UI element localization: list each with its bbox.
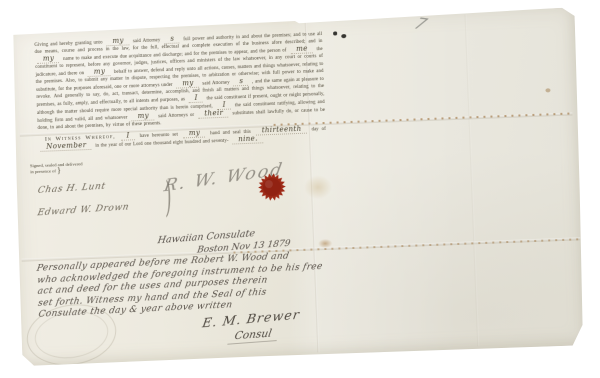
- witness-clause-segment: I: [120, 131, 135, 141]
- deed-text-segment: s: [164, 34, 179, 44]
- witness-clause-segment: November: [40, 141, 92, 152]
- witness-clause-segment: in the year of our Lord one thousand eig…: [95, 139, 229, 149]
- pencil-page-number: 7: [412, 14, 431, 33]
- witness-signature-1: Chas H. Lunt: [37, 181, 107, 195]
- left-page: Giving and hereby granting unto my said …: [34, 30, 326, 152]
- witness-clause-segment: my: [183, 129, 206, 139]
- witness-clause-segment: thirteenth: [256, 125, 307, 136]
- stain: [545, 88, 550, 92]
- wax-seal-graphic: [256, 171, 287, 202]
- deed-text-segment: said Attorney: [133, 38, 161, 44]
- document-paper: 7 Giving and hereby granting unto my sai…: [10, 7, 588, 366]
- stain: [304, 175, 333, 200]
- deed-text-segment: said Attorney: [202, 81, 229, 87]
- witness-clause-segment: have hereunto set: [140, 133, 179, 139]
- deed-text-segment: my: [176, 79, 199, 89]
- consul-title: Consul: [227, 327, 278, 345]
- deed-text-segment: my: [37, 54, 60, 64]
- deed-text-segment: I: [189, 94, 204, 104]
- witness-signature-2: Edward W. Drown: [37, 202, 130, 218]
- photo-scene: 7 Giving and hereby granting unto my sai…: [0, 0, 600, 378]
- attestation-brace: }: [57, 166, 61, 175]
- attestation-note: Signed, sealed and delivered in presence…: [30, 160, 126, 175]
- deed-text-segment: s: [233, 77, 248, 87]
- witness-clause-segment: nine.: [232, 134, 263, 144]
- deed-text-segment: their: [198, 109, 228, 119]
- deed-text-segment: said Attorneys or: [158, 113, 194, 119]
- foxing-spot: [318, 239, 332, 249]
- vertical-quarter-fold: [465, 15, 480, 346]
- deed-printed-body: Giving and hereby granting unto my said …: [34, 30, 325, 132]
- attestation-line2: in presence of: [30, 168, 56, 174]
- deed-text-segment: my: [88, 67, 111, 77]
- ink-dot: [341, 34, 346, 38]
- deed-text-segment: my: [106, 36, 129, 46]
- deed-text-segment: me: [290, 44, 313, 54]
- witness-clause-segment: day of: [311, 127, 325, 133]
- ink-dot: [333, 31, 337, 35]
- deed-text-segment: my: [131, 111, 154, 121]
- wax-seal: [256, 171, 287, 202]
